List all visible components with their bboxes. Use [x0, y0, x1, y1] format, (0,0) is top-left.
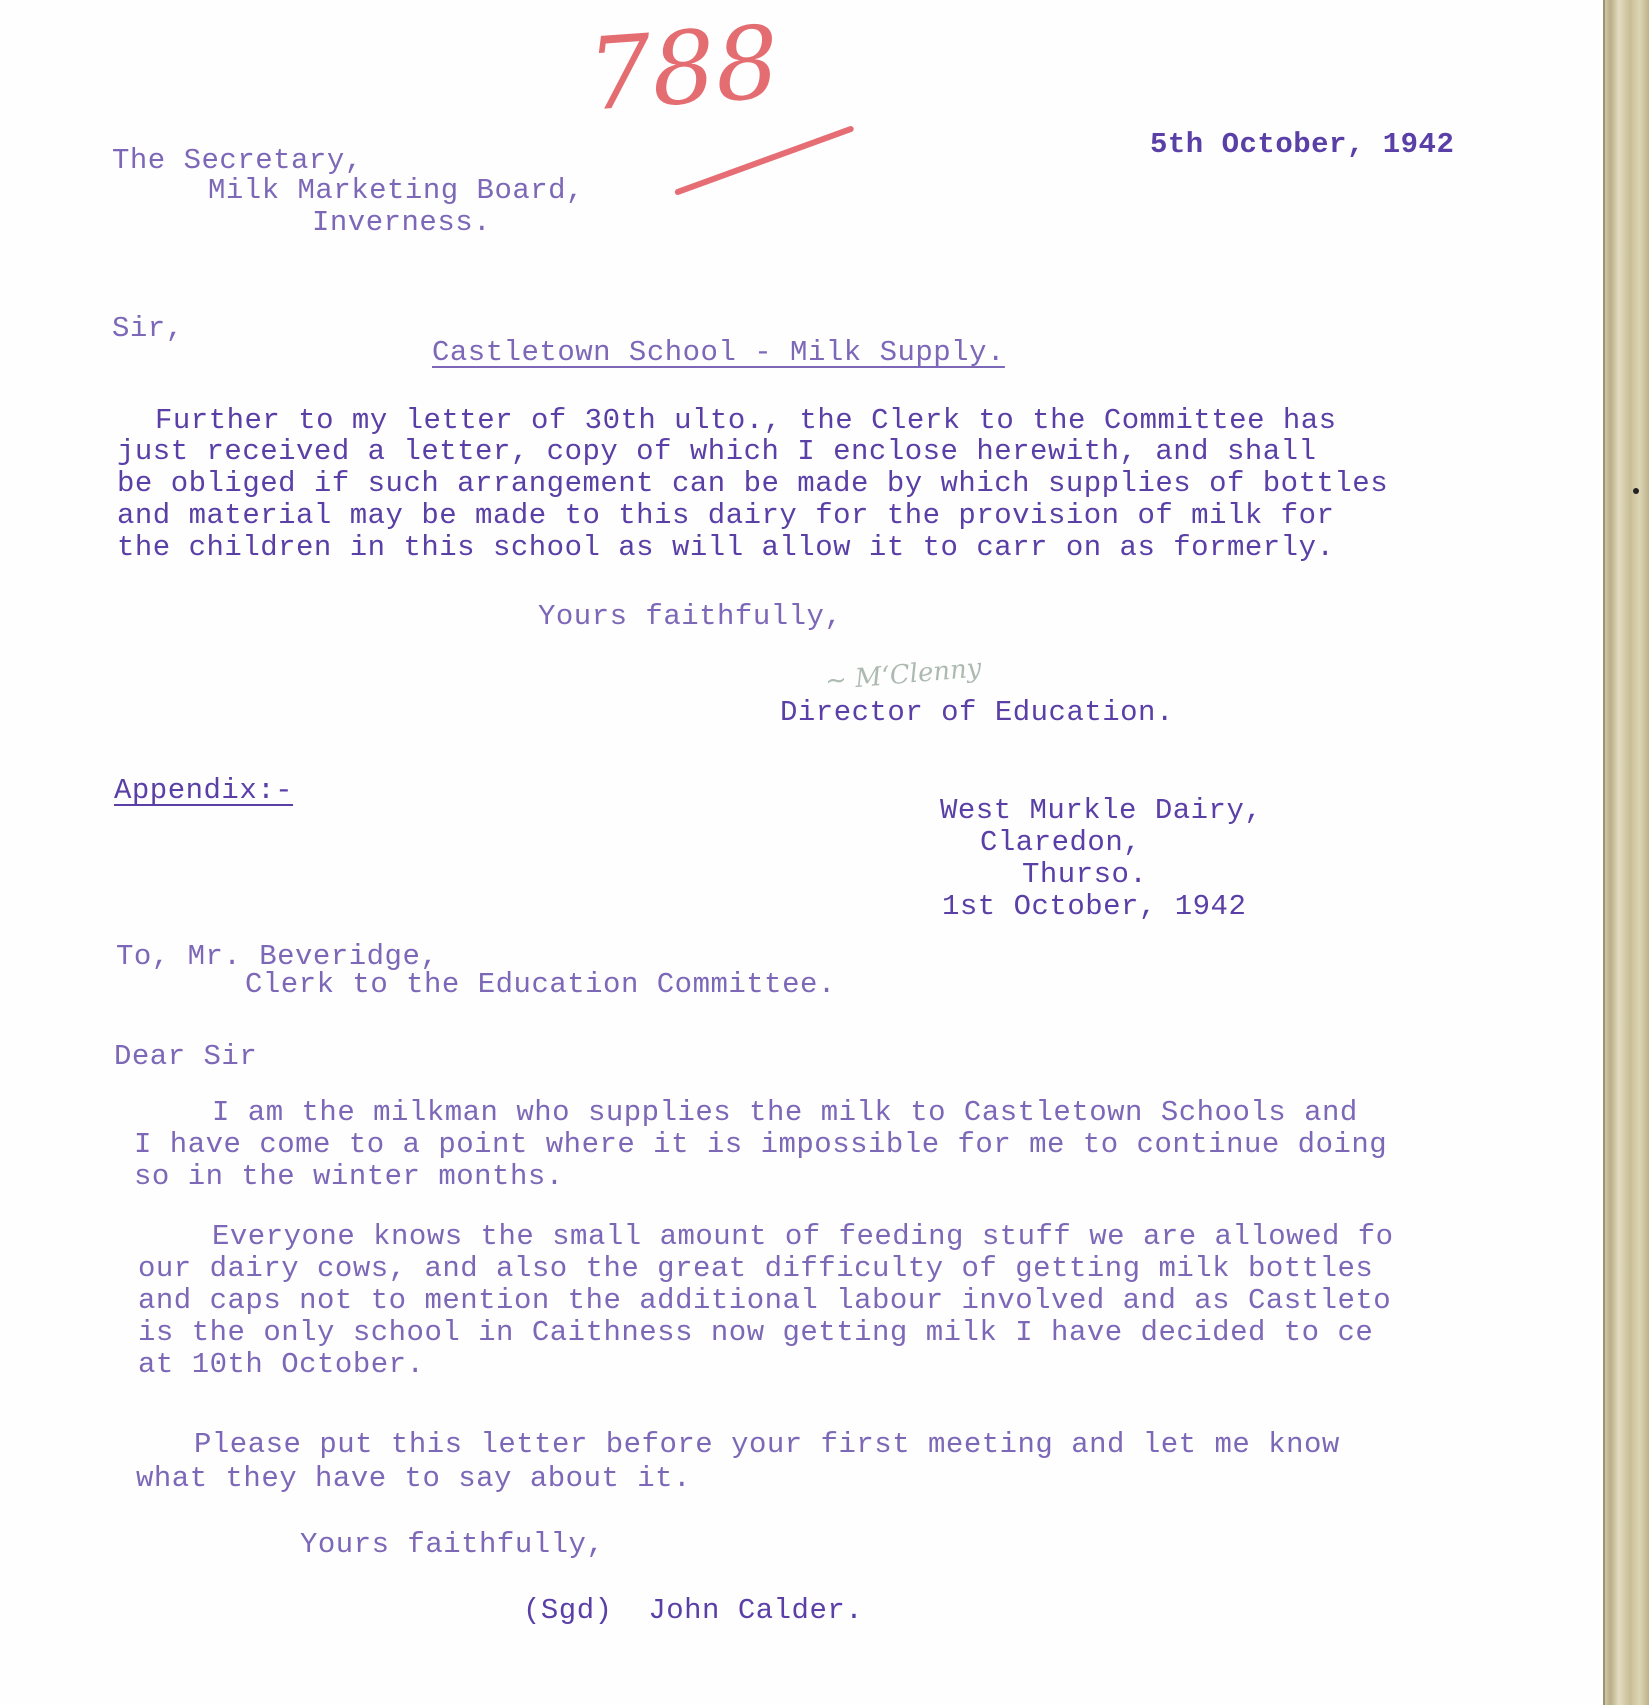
- body-line: the children in this school as will allo…: [117, 531, 1334, 564]
- sender-address-line-2: Claredon,: [980, 826, 1141, 859]
- appendix-salutation: Dear Sir: [114, 1040, 257, 1073]
- appendix-closing: Yours faithfully,: [300, 1528, 604, 1561]
- appendix-signed: (Sgd) John Calder.: [523, 1594, 863, 1627]
- sender-date: 1st October, 1942: [942, 890, 1246, 923]
- body-line: at 10th October.: [138, 1348, 424, 1381]
- sender-address-line-1: West Murkle Dairy,: [940, 794, 1262, 827]
- signatory-title: Director of Education.: [780, 696, 1174, 729]
- body-line: I have come to a point where it is impos…: [134, 1128, 1387, 1161]
- body-line: Everyone knows the small amount of feedi…: [212, 1220, 1394, 1253]
- red-pencil-stroke: [674, 125, 855, 196]
- red-pencil-file-number: 788: [584, 3, 783, 133]
- sender-address-line-3: Thurso.: [1022, 858, 1147, 891]
- body-line: and material may be made to this dairy f…: [117, 499, 1334, 532]
- document-page: 788 5th October, 1942 The Secretary, Mil…: [0, 0, 1600, 1705]
- salutation: Sir,: [112, 312, 184, 345]
- binding-hole: [1633, 488, 1639, 494]
- body-line: our dairy cows, and also the great diffi…: [138, 1252, 1373, 1285]
- appendix-heading: Appendix:-: [114, 774, 293, 807]
- body-line: is the only school in Caithness now gett…: [138, 1316, 1373, 1349]
- body-line: Please put this letter before your first…: [194, 1428, 1340, 1461]
- binding-strip: [1603, 0, 1649, 1705]
- subject-line: Castletown School - Milk Supply.: [432, 336, 1005, 369]
- body-line: and caps not to mention the additional l…: [138, 1284, 1391, 1317]
- letter-date: 5th October, 1942: [1150, 128, 1454, 161]
- recipient-line-2: Milk Marketing Board,: [208, 174, 584, 207]
- recipient-line-1: The Secretary,: [112, 144, 363, 177]
- body-line: so in the winter months.: [134, 1160, 564, 1193]
- body-line: what they have to say about it.: [136, 1462, 691, 1495]
- body-line: just received a letter, copy of which I …: [117, 435, 1317, 468]
- recipient-line-3: Inverness.: [312, 206, 491, 239]
- body-line: be obliged if such arrangement can be ma…: [117, 467, 1388, 500]
- body-line: Further to my letter of 30th ulto., the …: [155, 404, 1337, 437]
- body-line: I am the milkman who supplies the milk t…: [212, 1096, 1358, 1129]
- closing: Yours faithfully,: [538, 600, 842, 633]
- appendix-recipient-2: Clerk to the Education Committee.: [245, 968, 836, 1001]
